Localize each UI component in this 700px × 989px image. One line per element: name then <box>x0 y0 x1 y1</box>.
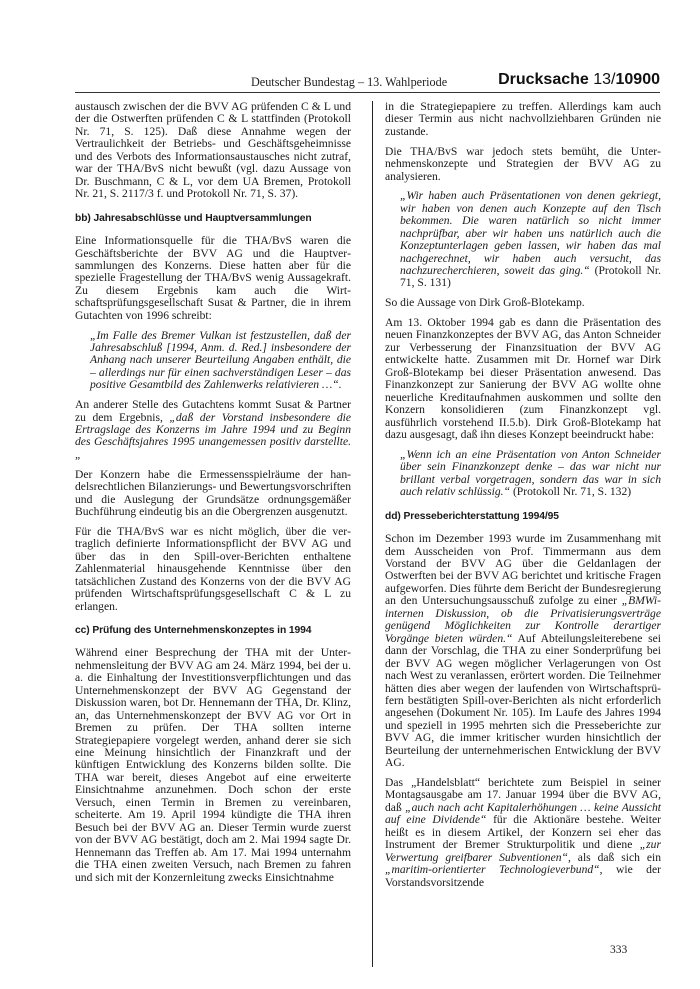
right-column: in die Strategiepapiere zu treffen. Alle… <box>385 101 661 896</box>
paragraph: Am 13. Oktober 1994 gab es dann die Präs… <box>385 317 661 442</box>
section-heading-dd: dd) Presseberichterstattung 1994/95 <box>385 511 661 523</box>
paragraph: austausch zwischen der die BVV AG prüfen… <box>75 101 351 201</box>
text-span: , als daß sich ein <box>568 851 661 864</box>
publication-title: Deutscher Bundestag – 13. Wahlperiode <box>251 75 447 90</box>
text-span: Schon im Dezember 1993 wurde im Zusammen… <box>385 532 661 607</box>
section-heading-bb: bb) Jahresabschlüsse und Hauptversammlun… <box>75 213 351 225</box>
block-quote: „Wir haben auch Präsentationen von denen… <box>400 190 661 290</box>
text-span: Auf Abteilungsleiterebene sei dann der V… <box>385 632 661 770</box>
section-heading-cc: cc) Prüfung des Unternehmenskonzeptes in… <box>75 625 351 637</box>
paragraph: Für die THA/BvS war es nicht möglich, üb… <box>75 526 351 613</box>
paragraph: Das „Handelsblatt“ berichtete zum Beispi… <box>385 777 661 889</box>
column-divider <box>372 101 373 967</box>
paragraph: Die THA/BvS war jedoch stets bemüht, die… <box>385 146 661 183</box>
running-header: Deutscher Bundestag – 13. Wahlperiode Dr… <box>75 72 660 93</box>
drucksache-prefix: 13/ <box>593 71 615 88</box>
drucksache-label: Drucksache 13/10900 <box>498 71 660 89</box>
page-number: 333 <box>610 944 627 956</box>
paragraph: Eine Informationsquelle für die THA/BvS … <box>75 235 351 322</box>
paragraph: So die Aussage von Dirk Groß-Blotekamp. <box>385 297 661 309</box>
paragraph: Der Konzern habe die Ermessensspielräume… <box>75 469 351 519</box>
quote-reference: (Protokoll Nr. 71, S. 132) <box>513 485 631 498</box>
left-column: austausch zwischen der die BVV AG prüfen… <box>75 101 351 891</box>
paragraph: Schon im Dezember 1993 wurde im Zusammen… <box>385 533 661 770</box>
paragraph: Während einer Besprechung der THA mit de… <box>75 647 351 884</box>
inline-quote: „maritim-orientierter Technologieverbund… <box>385 863 600 876</box>
paragraph: An anderer Stelle des Gutachtens kommt S… <box>75 399 351 461</box>
paragraph: in die Strategiepapiere zu treffen. Alle… <box>385 101 661 138</box>
block-quote: „Im Falle des Bremer Vulkan ist festzust… <box>90 330 351 392</box>
drucksache-number: 10900 <box>616 71 661 88</box>
drucksache-word: Drucksache <box>498 71 589 88</box>
block-quote: „Wenn ich an eine Präsentation von Anton… <box>400 449 661 499</box>
